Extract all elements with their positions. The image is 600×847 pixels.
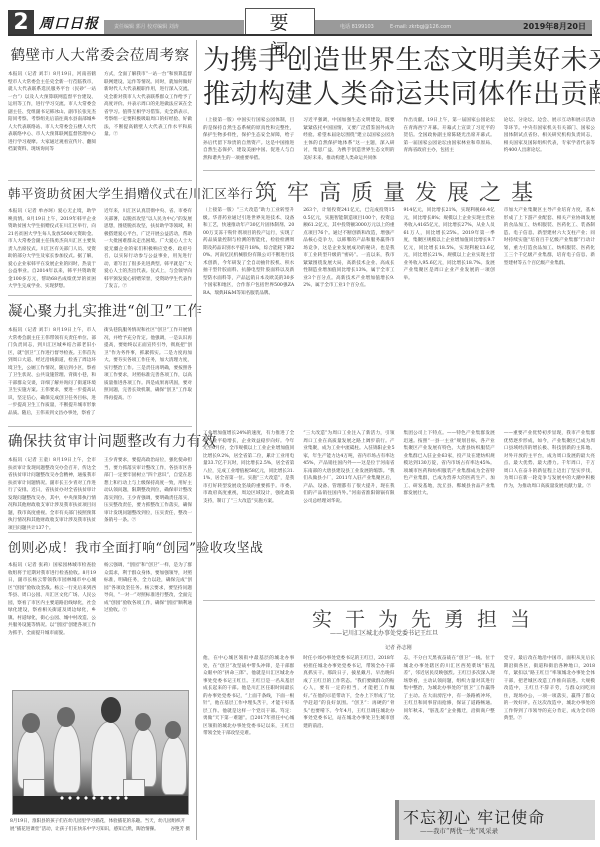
banner-subtitle: ——我市“两优一先”风采录 (420, 826, 498, 835)
news-photo-flower-arranging (12, 690, 189, 815)
profile-article-body: 他，在中心城区领衔中最基层的城北办事处，在“创卫”攻坚战中带头冲锋，是干部群众眼… (203, 655, 595, 800)
article-body-col: 作出贡献。19日上午，第一届国家公园论坛在青海西宁开幕。开幕式上宣读了习近平的贺… (404, 117, 495, 167)
article-body-col: 本报讯（记者 张莉）国家园林城市检查验收组将于近期对我市进行检查验收。8月19日… (8, 562, 96, 637)
child-figure (53, 723, 81, 793)
photo-caption: 8月19日，淮阳县的孩子们在幼儿园里学习插花，体验插花的乐趣。当天，幼儿园组织开… (10, 818, 190, 833)
divider (8, 295, 192, 296)
page-number: 2 (8, 10, 34, 36)
article-body-col: 杨云强调，“创园”和“创卫”一样，是为了群众需求，利于群众身体，要加强领导，对照… (104, 562, 192, 637)
info-bar: 电话 8199103 E-mail: zkrbgj@126.com 2019年8… (315, 20, 592, 34)
masthead: 2 周口日报 责任编辑 郭月 校对编辑 刘涛 要闻 电话 8199103 E-m… (8, 6, 592, 36)
article-body-col: 街头巷院服务情况和社区“创卫”工作开展情况，并给予充分肯定。他强调，一是认识再提… (104, 327, 192, 417)
article-chuangwei: 凝心聚力扎实推进“创卫”工作 本报讯（记者 刘丰）8月19日上午，市人大常委会副… (8, 300, 192, 417)
banner-title: 不忘初心 牢记使命 (403, 805, 545, 828)
article-body-col: 914亿元，同比增长21%，实现利税60.4亿元，同比增长8%；规模以上企业实现… (404, 207, 495, 429)
second-headline: 筑牢高质量发展之基 (203, 176, 595, 207)
editor-line: 责任编辑 郭月 校对编辑 刘涛 (114, 24, 179, 30)
article-body-col: 本报讯（记者 单亦珂）爱心无止境，助学唤真情。8月19日上午，2019年韩平企业… (8, 208, 96, 291)
flowers (58, 794, 128, 804)
article-headline: 凝心聚力扎实推进“创卫”工作 (8, 300, 192, 321)
article-body-col: 志，不分白天黑夜奋战在“创卫”一线。位于城北办事处辖区的川汇区西苑菜场“脏乱差”… (404, 655, 495, 800)
caption-text: 8月19日，淮阳县的孩子们在幼儿园里学习插花，体验插花的乐趣。当天，幼儿园组织开… (10, 819, 185, 832)
lead-headline: 为携手创造世界生态文明美好未来 推动构建人类命运共同体作出贡献 (203, 44, 595, 112)
article-body-col: 论坛、分论坛、边会、展示互动和展示活动等环节。中央有国家机关有关部门、国家公园体… (504, 117, 595, 167)
article-headline: 确保扶贫审计问题整改有力有效 (8, 430, 192, 451)
second-article-continued: 工业增加值增长24%的速度，有力推进了全市工业平稳增长，企业效益稳步向好。今年元… (203, 430, 595, 598)
divider (8, 532, 192, 533)
article-body-col: 市加大产业集聚区主导产业培育力度，基本形成了上下游产业配套、相关产业协调发展的食… (504, 207, 595, 429)
article-body-col: 本报讯（记者 王童）8月19日上午，全市扶贫审计发现问题整改交办会召开，传达全省… (8, 457, 96, 532)
photo-credit: 谷艳芳 摄 (171, 826, 190, 834)
lead-headline-line1: 为携手创造世界生态文明美好未来 (203, 44, 595, 78)
issue-date: 2019年8月20日 (523, 20, 586, 34)
article-body-col: 方式，全面了解我市“一站一台”和预算监督联网建设、运作等情况。同时，就加何做好新… (104, 71, 192, 154)
divider (8, 426, 192, 427)
series-banner: 不忘初心 牢记使命 ——我市“两优一先”风采录 (395, 800, 595, 840)
section-title: 要闻 (245, 8, 315, 36)
paper-name-logo: 周口日报 (39, 13, 99, 33)
article-body-col: （上接第一版）中国实行国家公园体制，目的是保持自然生态系统的原真性和完整性，保护… (203, 117, 294, 167)
article-body-col: 集团公司上下特点。——特色产业集群发展迅速。按照“一县一主业”规划目标，各产业集… (404, 430, 495, 598)
article-audit-rectification: 确保扶贫审计问题整改有力有效 本报讯（记者 王童）8月19日上午，全市扶贫审计发… (8, 430, 192, 532)
second-article-body: （上接第一版）“三大改造”助力工业转型升级。华普药业通过引进世界先进技术、设备和… (203, 207, 595, 429)
divider (203, 170, 595, 171)
child-figure (131, 727, 157, 787)
article-hebi-inspection: 鹤壁市人大常委会莅周考察 本报讯（记者 刘丰）8月19日，河南省鹤壁市人大常委会… (8, 44, 192, 154)
article-body-col: 263个，计划投资241亿元，已完成投资150.5亿元，实施智能制造项目100个… (303, 207, 394, 429)
article-headline: 韩平资助贫困大学生捐赠仪式在川汇区举行 (8, 184, 192, 202)
hotline: 电话 8199103 (340, 20, 374, 34)
teacher-figure (91, 721, 127, 801)
flower-basket (23, 779, 45, 797)
article-body-col: 近年来，川汇区认真贯彻中央、省、市委有关部署，以脱贫攻坚“以人民为中心”的发展思… (104, 208, 192, 291)
email-link[interactable]: E-mail: zkrbgj@126.com (390, 20, 451, 34)
article-headline: 创则必成！我市全面打响“创园”验收攻坚战 (8, 537, 192, 556)
article-chuangyuan: 创则必成！我市全面打响“创园”验收攻坚战 本报讯（记者 张莉）国家园林城市检查验… (8, 537, 192, 637)
article-hanping-donation: 韩平资助贫困大学生捐赠仪式在川汇区举行 本报讯（记者 单亦珂）爱心无止境，助学唤… (8, 184, 192, 291)
article-body-col: 工业增加值增长24%的速度，有力推进了全市工业平稳增长，企业效益稳步向好。今年元… (203, 430, 294, 598)
article-headline: 鹤壁市人大常委会莅周考察 (8, 44, 192, 65)
article-body-col: 党守，最后改在地沿中国市，面积从先后长期沿街各区，街道和街沿各种地口，2018年… (504, 655, 595, 800)
editor-bar: 责任编辑 郭月 校对编辑 刘涛 (104, 20, 244, 34)
article-body-col: 他，在中心城区领衔中最基层的城北办事处，在“创卫”攻坚战中带头冲锋，是干部群众眼… (203, 655, 294, 800)
divider (8, 180, 192, 181)
divider (203, 600, 595, 601)
article-body-col: 时任小郊办事处党委书记的王红旦，2018年初担任城北办事处党委书记，带领全办干部… (303, 655, 394, 800)
lead-article-body: （上接第一版）中国实行国家公园体制，目的是保持自然生态系统的原真性和完整性，保护… (203, 117, 595, 167)
article-body-col: ——重要产业优势初步显现，我市产业集群优势逐步形成，如今，产业集聚区已成为周口县… (504, 430, 595, 598)
article-body-col: 本报讯（记者 刘丰）8月19日上午，市人大常委会副主任王伟带领有关责任单位、部门… (8, 327, 96, 417)
article-body-col: （上接第一版）“三大改造”助力工业转型升级。华普药业通过引进世界先进技术、设备和… (203, 207, 294, 429)
article-body-col: 习近平强调，中国加强生态文明建设，既要紧紧依托中国国情，又要广泛借鉴国外成功经验… (303, 117, 394, 167)
article-body-col: “三大改造”为周口工业注入了新活力，引领周口工业在高质量发展之路上阔步前行。产业… (303, 430, 394, 598)
lead-headline-line2: 推动构建人类命运共同体作出贡献 (203, 78, 595, 112)
article-body-col: 本报讯（记者 刘丰）8月19日，河南省鹤壁市人大常委会主任史全新一行莅临我市，就… (8, 71, 96, 154)
child-figure (161, 735, 187, 795)
column-divider (196, 40, 197, 840)
article-body-col: 王少青要求，要提高政治站位，强化使命担当，要力抓落实审计整改工作，各县市区各部门… (104, 457, 192, 532)
masthead-rule (8, 34, 592, 36)
profile-author: 记者 孙志刚 (385, 644, 412, 651)
profile-subheadline: ——记川汇区城北办事处党委书记王红旦 (330, 628, 438, 637)
